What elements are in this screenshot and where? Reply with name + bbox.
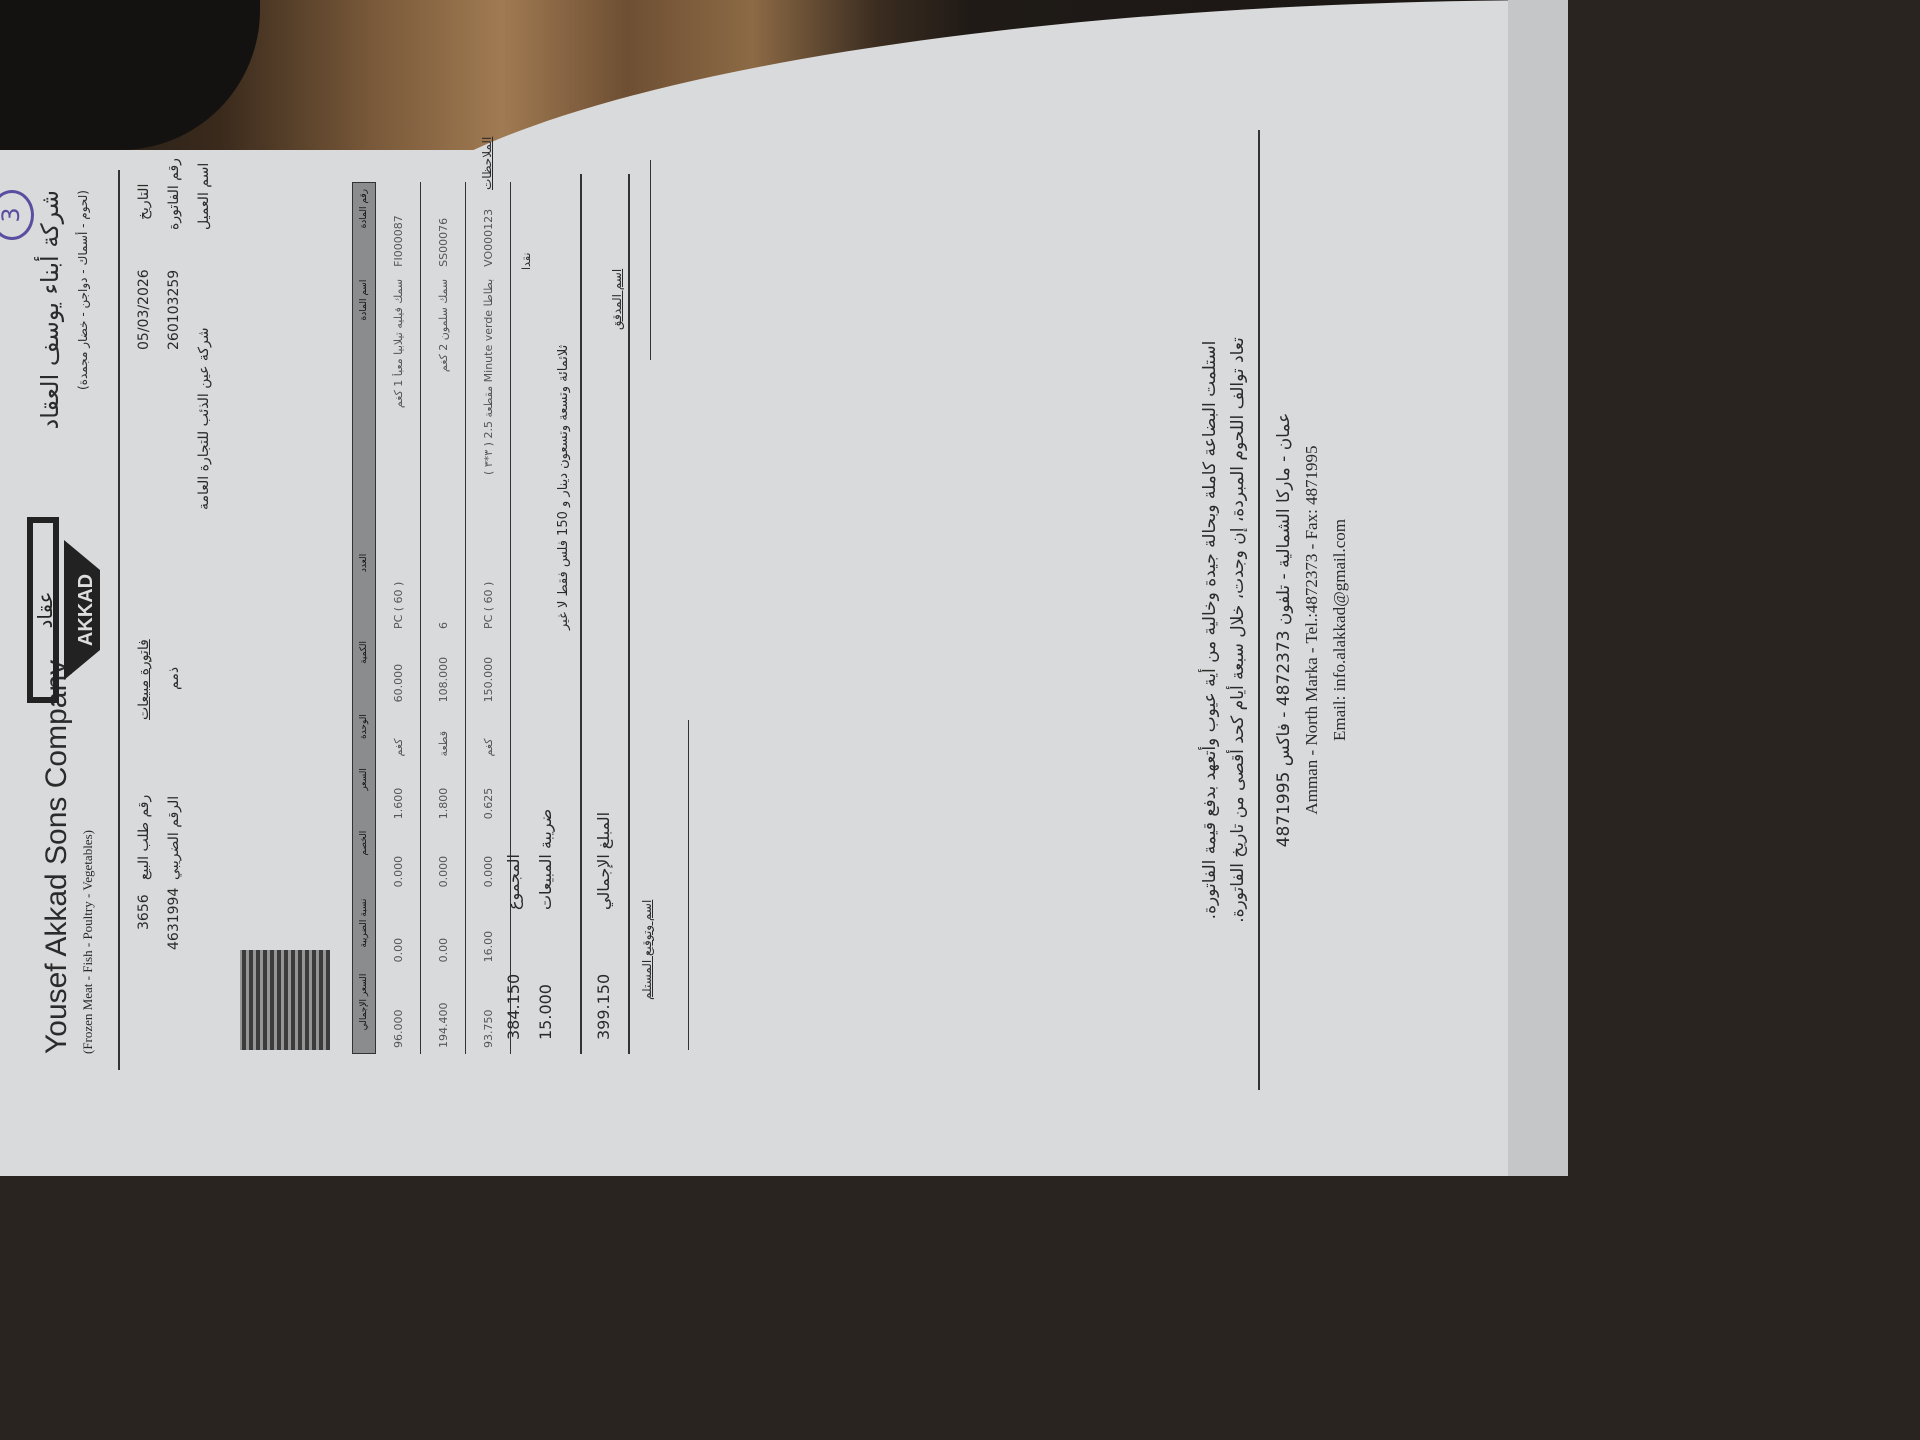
- checker-signature-label: اسم المدقق: [610, 269, 624, 330]
- header-divider: [118, 170, 120, 1070]
- invoice-number-label: رقم الفاتورة: [166, 158, 182, 230]
- tax-number-label: الرقم الضريبي: [166, 796, 182, 880]
- checker-signature-line: [650, 160, 651, 360]
- table-cell: سمك سلمون 2 كغم: [437, 273, 450, 548]
- date-value: 05/03/2026: [136, 269, 152, 350]
- table-cell: VO000123: [482, 182, 495, 273]
- invoice-number-value: 260103259: [166, 270, 182, 350]
- paper-edge-shadow: [1508, 0, 1568, 1176]
- payment-type: ذمم: [166, 667, 182, 690]
- table-row: 96.0000.000.0001.600كغم60.000PC ( 60 )سم…: [376, 182, 421, 1054]
- doc-type: فاتورة مبيعات: [136, 639, 152, 720]
- table-cell: 0.00: [437, 893, 450, 968]
- grand-total-label: المبلغ الإجمالي: [594, 812, 613, 910]
- sales-tax-label: ضريبة المبيعات: [536, 809, 555, 910]
- total-label: المجموع: [504, 854, 523, 910]
- table-cell: SS00076: [437, 182, 450, 273]
- column-header: العدد: [359, 548, 369, 635]
- table-cell: PC ( 60 ): [392, 548, 405, 635]
- column-header: السعر الإجمالي: [359, 968, 369, 1053]
- footer-email: Email: info.alakkad@gmail.com: [1330, 110, 1350, 1150]
- table-cell: FI000087: [392, 182, 405, 273]
- customer-value: شركة عين الذئب للتجارة العامة: [196, 327, 212, 510]
- grand-total-divider: [628, 174, 630, 1054]
- column-header: الكمية: [359, 635, 369, 708]
- akkad-logo: AKKAD عقاد: [20, 510, 106, 710]
- sale-order-label: رقم طلب البيع: [136, 795, 152, 880]
- column-header: رقم المادة: [359, 183, 369, 274]
- footer-address-en: Amman - North Marka - Tel.:4872373 - Fax…: [1302, 110, 1322, 1150]
- column-header: الخصم: [359, 825, 369, 893]
- company-name-en: Yousef Akkad Sons Company: [40, 660, 74, 1054]
- table-cell: 194.400: [437, 968, 450, 1054]
- grand-total-value: 399.150: [594, 974, 613, 1040]
- table-header: السعر الإجمالينسبة الضريبةالخصمالسعرالوح…: [352, 182, 376, 1054]
- table-cell: 0.000: [437, 825, 450, 893]
- sales-tax-value: 15.000: [536, 984, 555, 1040]
- column-header: اسم المادة: [359, 274, 369, 548]
- column-header: الوحدة: [359, 708, 369, 762]
- notes-label: الملاحظات: [480, 137, 494, 190]
- table-cell: 0.625: [482, 762, 495, 825]
- table-cell: 6: [437, 548, 450, 635]
- table-cell: 60.000: [392, 635, 405, 708]
- table-cell: سمك فيليه تيلابيا معبأ 1 كغم: [392, 273, 405, 548]
- footer-disclaimer-2: تعاد توالف اللحوم المبردة، إن وجدت، خلال…: [1228, 110, 1248, 1150]
- company-name-ar: شركة أبناء يوسف العقاد: [36, 190, 64, 429]
- column-header: نسبة الضريبة: [359, 893, 369, 968]
- table-cell: قطعة: [437, 708, 450, 762]
- footer-address-ar: عمان - ماركا الشمالية - تلفون 4872373 - …: [1274, 110, 1294, 1150]
- footer-disclaimer-1: استلمت البضاعة كاملة وبحالة جيدة وخالية …: [1200, 110, 1220, 1150]
- table-cell: كغم: [392, 708, 405, 762]
- table-cell: 1.600: [392, 762, 405, 825]
- handwritten-circled-number: 3: [0, 190, 34, 240]
- table-cell: 96.000: [392, 968, 405, 1054]
- amount-in-words: ثلاثمائة وتسعة وتسعون دينار و 150 فلس فق…: [556, 345, 571, 630]
- column-header: السعر: [359, 762, 369, 825]
- notes-value: نقدا: [520, 253, 533, 270]
- items-table: السعر الإجمالينسبة الضريبةالخصمالسعرالوح…: [352, 182, 511, 1054]
- table-cell: بطاطا Minute verde مقطعة 2.5 ( ٣*٣ ): [482, 273, 495, 548]
- customer-label: اسم العميل: [196, 163, 212, 230]
- table-cell: 0.00: [392, 893, 405, 968]
- footer-divider: [1258, 130, 1260, 1090]
- qr-code: [240, 950, 330, 1050]
- svg-text:AKKAD: AKKAD: [75, 574, 97, 646]
- table-cell: 150.000: [482, 635, 495, 708]
- svg-text:عقاد: عقاد: [33, 591, 57, 628]
- receiver-signature-line: [688, 720, 689, 1050]
- company-subtitle-en: (Frozen Meat - Fish - Poultry - Vegetabl…: [80, 830, 96, 1054]
- table-cell: 0.000: [392, 825, 405, 893]
- sale-order-value: 3656: [136, 894, 152, 930]
- table-cell: 0.000: [482, 825, 495, 893]
- table-cell: كغم: [482, 708, 495, 762]
- table-row: 194.4000.000.0001.800قطعة108.0006سمك سلم…: [421, 182, 466, 1054]
- summary-divider: [580, 174, 582, 1054]
- company-subtitle-ar: (لحوم - أسماك - دواجن - خضار مجمدة): [76, 190, 90, 390]
- total-value: 384.150: [504, 974, 523, 1040]
- table-cell: 16.00: [482, 893, 495, 968]
- invoice-document: 3 Yousef Akkad Sons Company (Frozen Meat…: [0, 110, 1320, 1150]
- tax-number-value: 4631994: [166, 888, 182, 950]
- table-cell: 93.750: [482, 968, 495, 1054]
- table-cell: 108.000: [437, 635, 450, 708]
- table-row: 93.75016.000.0000.625كغم150.000PC ( 60 )…: [466, 182, 511, 1054]
- table-cell: 1.800: [437, 762, 450, 825]
- date-label: التاريخ: [136, 184, 152, 220]
- receiver-signature-label: اسم وتوقيع المستلم: [640, 900, 654, 1000]
- table-cell: PC ( 60 ): [482, 548, 495, 635]
